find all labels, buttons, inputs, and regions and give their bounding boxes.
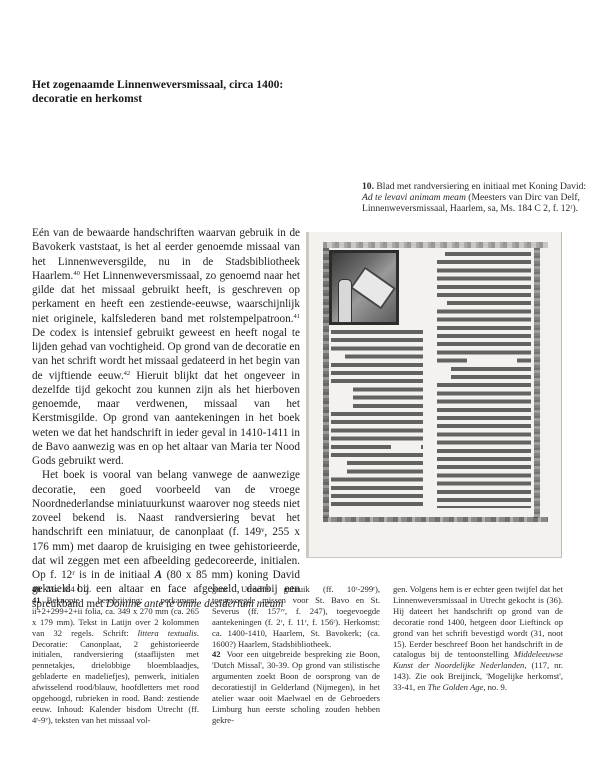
manuscript-border-bottom xyxy=(323,517,548,522)
initial-gap xyxy=(437,365,451,381)
rubric-gap xyxy=(437,299,447,306)
manuscript-text-column-left xyxy=(331,328,423,508)
footnote-text: Voor een uitgebreide bespreking zie Boon… xyxy=(212,649,380,724)
footnote-41-continued: gens Utrechts gebruik (ff. 10ʳ-299ʳ), to… xyxy=(212,584,380,649)
footnotes-column-1: 40Ms. 184 C 2. 41Beknopte beschrijving: … xyxy=(32,584,199,726)
altar-shape xyxy=(350,266,396,309)
footnote-text: gens Utrechts gebruik (ff. 10ʳ-299ʳ), to… xyxy=(212,584,380,649)
caption-text-1: Blad met randversiering en initiaal met … xyxy=(374,181,586,192)
footnote-42-continued: gen. Volgens hem is er echter geen twijf… xyxy=(393,584,563,693)
paragraph-1: Eén van de bewaarde handschriften waarva… xyxy=(32,226,300,468)
footnotes-column-2: gens Utrechts gebruik (ff. 10ʳ-299ʳ), to… xyxy=(212,584,380,726)
manuscript-border-top xyxy=(323,242,548,248)
section-heading: Het zogenaamde Linnenweversmissaal, circ… xyxy=(32,78,332,105)
footnote-text: , no. 9. xyxy=(483,682,507,692)
p2-text-a: Het boek is vooral van belang vanwege de… xyxy=(32,469,300,581)
footnote-text: . Decoratie: Canonplaat, 2 gehistorieerd… xyxy=(32,628,199,725)
caption-italic-incipit: Ad te levavi animam meam xyxy=(362,192,466,203)
rubric-gap xyxy=(467,357,517,364)
footnote-40: 40Ms. 184 C 2. xyxy=(32,584,199,595)
heading-line-2: decoratie en herkomst xyxy=(32,92,332,106)
initial-gap xyxy=(331,459,347,475)
footnotes-column-3: gen. Volgens hem is er echter geen twijf… xyxy=(393,584,563,693)
manuscript-border-right xyxy=(534,248,540,518)
rubric-gap xyxy=(331,352,345,359)
footnote-42: 42Voor een uitgebreide bespreking zie Bo… xyxy=(212,649,380,725)
heading-line-1: Het zogenaamde Linnenweversmissaal, circ… xyxy=(32,78,332,92)
footnote-italic: littera textualis xyxy=(138,628,197,638)
footnote-italic: The Golden Age xyxy=(428,682,484,692)
historiated-initial-a xyxy=(329,250,399,325)
footnote-ref-41[interactable]: 41 xyxy=(294,313,301,320)
footnote-text: gen. Volgens hem is er echter geen twijf… xyxy=(393,584,563,659)
manuscript-text-column-right xyxy=(437,250,531,508)
footnote-number: 41 xyxy=(32,595,41,605)
figure-number: 10. xyxy=(362,181,374,192)
figure-caption: 10. Blad met randversiering en initiaal … xyxy=(362,181,587,215)
footnote-number: 40 xyxy=(32,584,41,594)
p1-text-d: Hieruit blijkt dat het ongeveer in dezel… xyxy=(32,370,300,468)
footnote-41: 41Beknopte beschrijving: perkament, ii+2… xyxy=(32,595,199,726)
footnote-text: Ms. 184 C 2. xyxy=(47,584,92,594)
footnote-number: 42 xyxy=(212,649,221,659)
manuscript-figure xyxy=(306,232,562,558)
initial-gap xyxy=(437,250,445,257)
rubric-gap xyxy=(391,443,421,450)
main-body-text: Eén van de bewaarde handschriften waarva… xyxy=(32,226,300,611)
king-david-figure xyxy=(338,279,352,323)
initial-gap xyxy=(331,385,353,409)
